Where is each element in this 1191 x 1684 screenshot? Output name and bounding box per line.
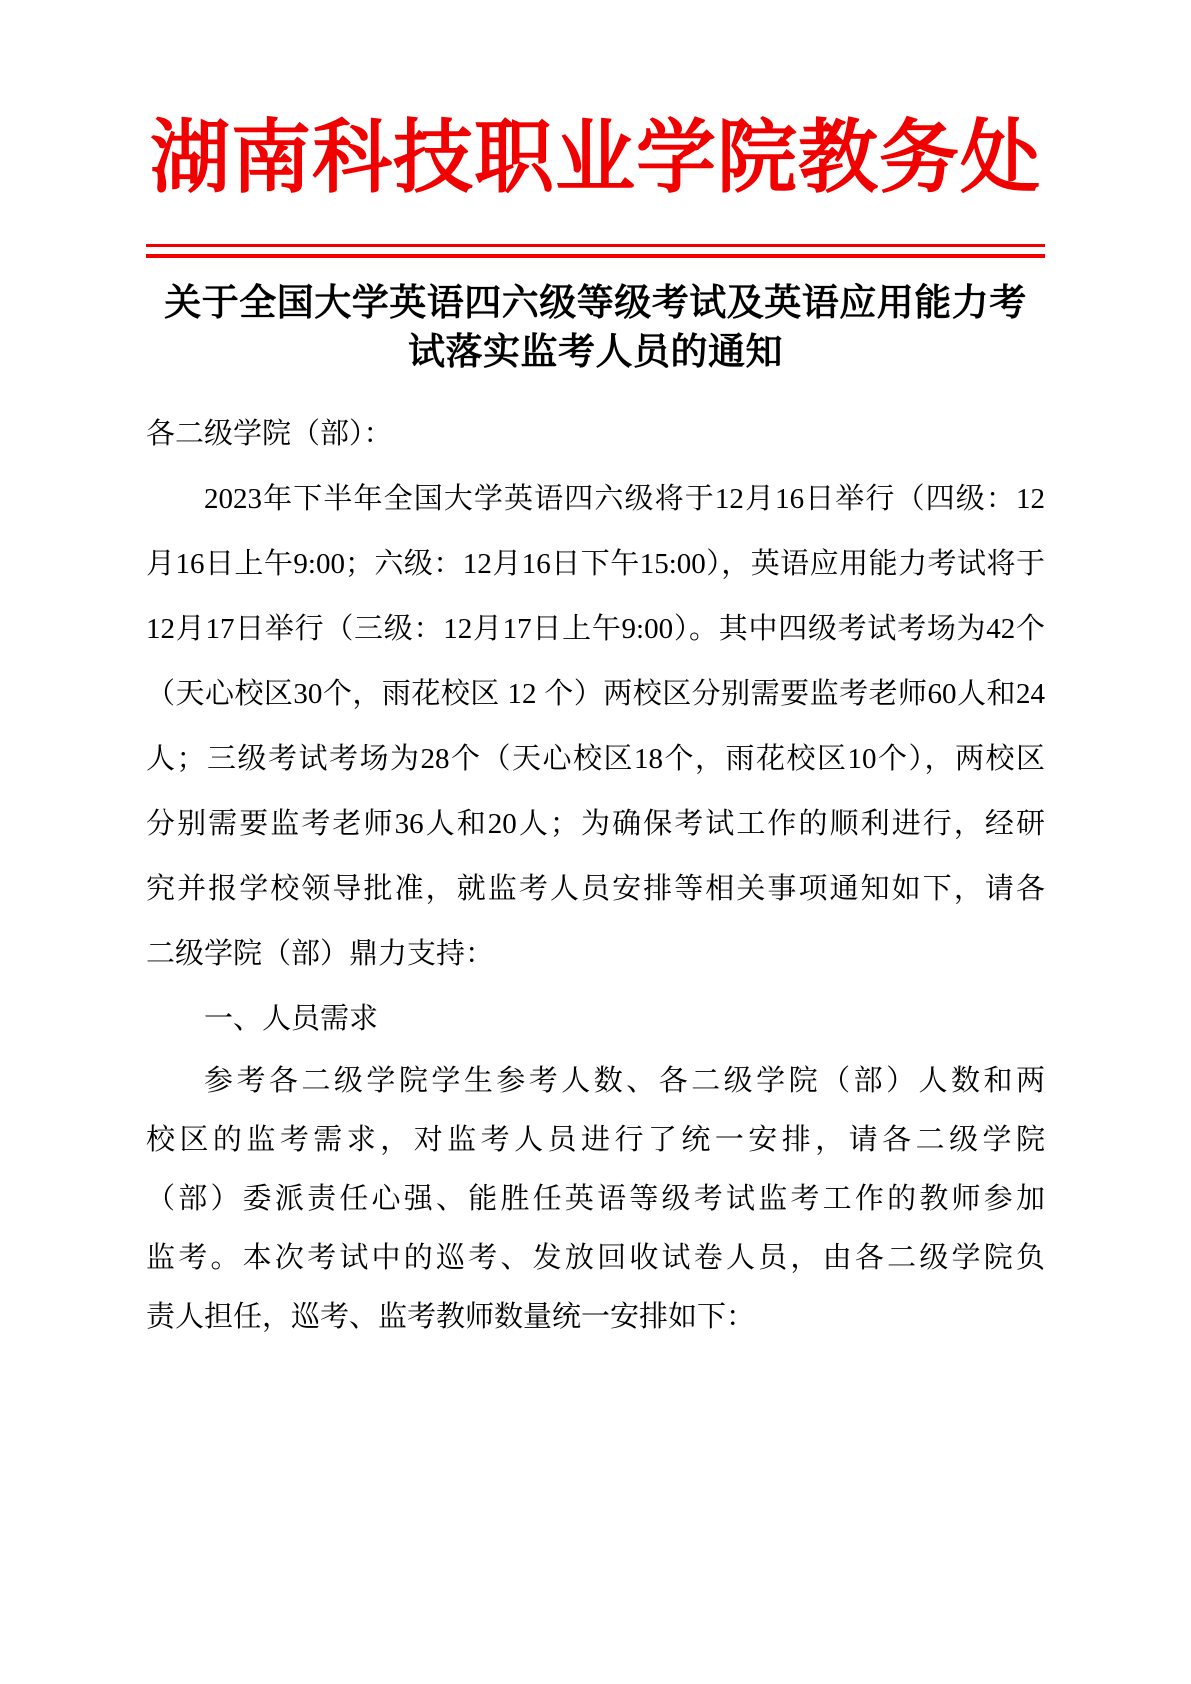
- document-title: 关于全国大学英语四六级等级考试及英语应用能力考试落实监考人员的通知: [146, 278, 1045, 376]
- red-divider-top-line: [146, 244, 1045, 247]
- paragraph-line: 人；三级考试考场为28个（天心校区18个，雨花校区10个），两校区: [146, 727, 1045, 792]
- section-heading-1: 一、人员需求: [146, 987, 1045, 1052]
- paragraph-line: 究并报学校领导批准，就监考人员安排等相关事项通知如下，请各: [146, 857, 1045, 922]
- office-name: 湖南科技职业学院教务处: [146, 104, 1045, 214]
- paragraph-line: 二级学院（部）鼎力支持：: [146, 922, 1045, 987]
- salutation: 各二级学院（部）：: [146, 402, 1045, 467]
- paragraph-line: 12月17日举行（三级：12月17日上午9:00）。其中四级考试考场为42个: [146, 597, 1045, 662]
- paragraph-line: 月16日上午9:00；六级：12月16日下午15:00），英语应用能力考试将于: [146, 532, 1045, 597]
- paragraph-line: （部）委派责任心强、能胜任英语等级考试监考工作的教师参加: [146, 1170, 1045, 1229]
- document-page: 湖南科技职业学院教务处 关于全国大学英语四六级等级考试及英语应用能力考试落实监考…: [0, 0, 1191, 1684]
- paragraph-line: （天心校区30个，雨花校区 12 个）两校区分别需要监考老师60人和24: [146, 662, 1045, 727]
- paragraph-line: 分别需要监考老师36人和20人；为确保考试工作的顺利进行，经研: [146, 792, 1045, 857]
- red-divider-bottom-line: [146, 254, 1045, 258]
- paragraph-2: 参考各二级学院学生参考人数、各二级学院（部）人数和两校区的监考需求，对监考人员进…: [146, 1052, 1045, 1347]
- paragraph-line: 监考。本次考试中的巡考、发放回收试卷人员，由各二级学院负: [146, 1229, 1045, 1288]
- paragraph-1: 2023年下半年全国大学英语四六级将于12月16日举行（四级：12月16日上午9…: [146, 467, 1045, 987]
- paragraph-line: 2023年下半年全国大学英语四六级将于12月16日举行（四级：12: [146, 467, 1045, 532]
- paragraph-line: 责人担任，巡考、监考教师数量统一安排如下：: [146, 1288, 1045, 1347]
- red-divider: [146, 244, 1045, 258]
- document-body: 各二级学院（部）： 2023年下半年全国大学英语四六级将于12月16日举行（四级…: [146, 402, 1045, 1347]
- paragraph-line: 校区的监考需求，对监考人员进行了统一安排，请各二级学院: [146, 1111, 1045, 1170]
- document-header: 湖南科技职业学院教务处: [146, 0, 1045, 214]
- paragraph-line: 参考各二级学院学生参考人数、各二级学院（部）人数和两: [146, 1052, 1045, 1111]
